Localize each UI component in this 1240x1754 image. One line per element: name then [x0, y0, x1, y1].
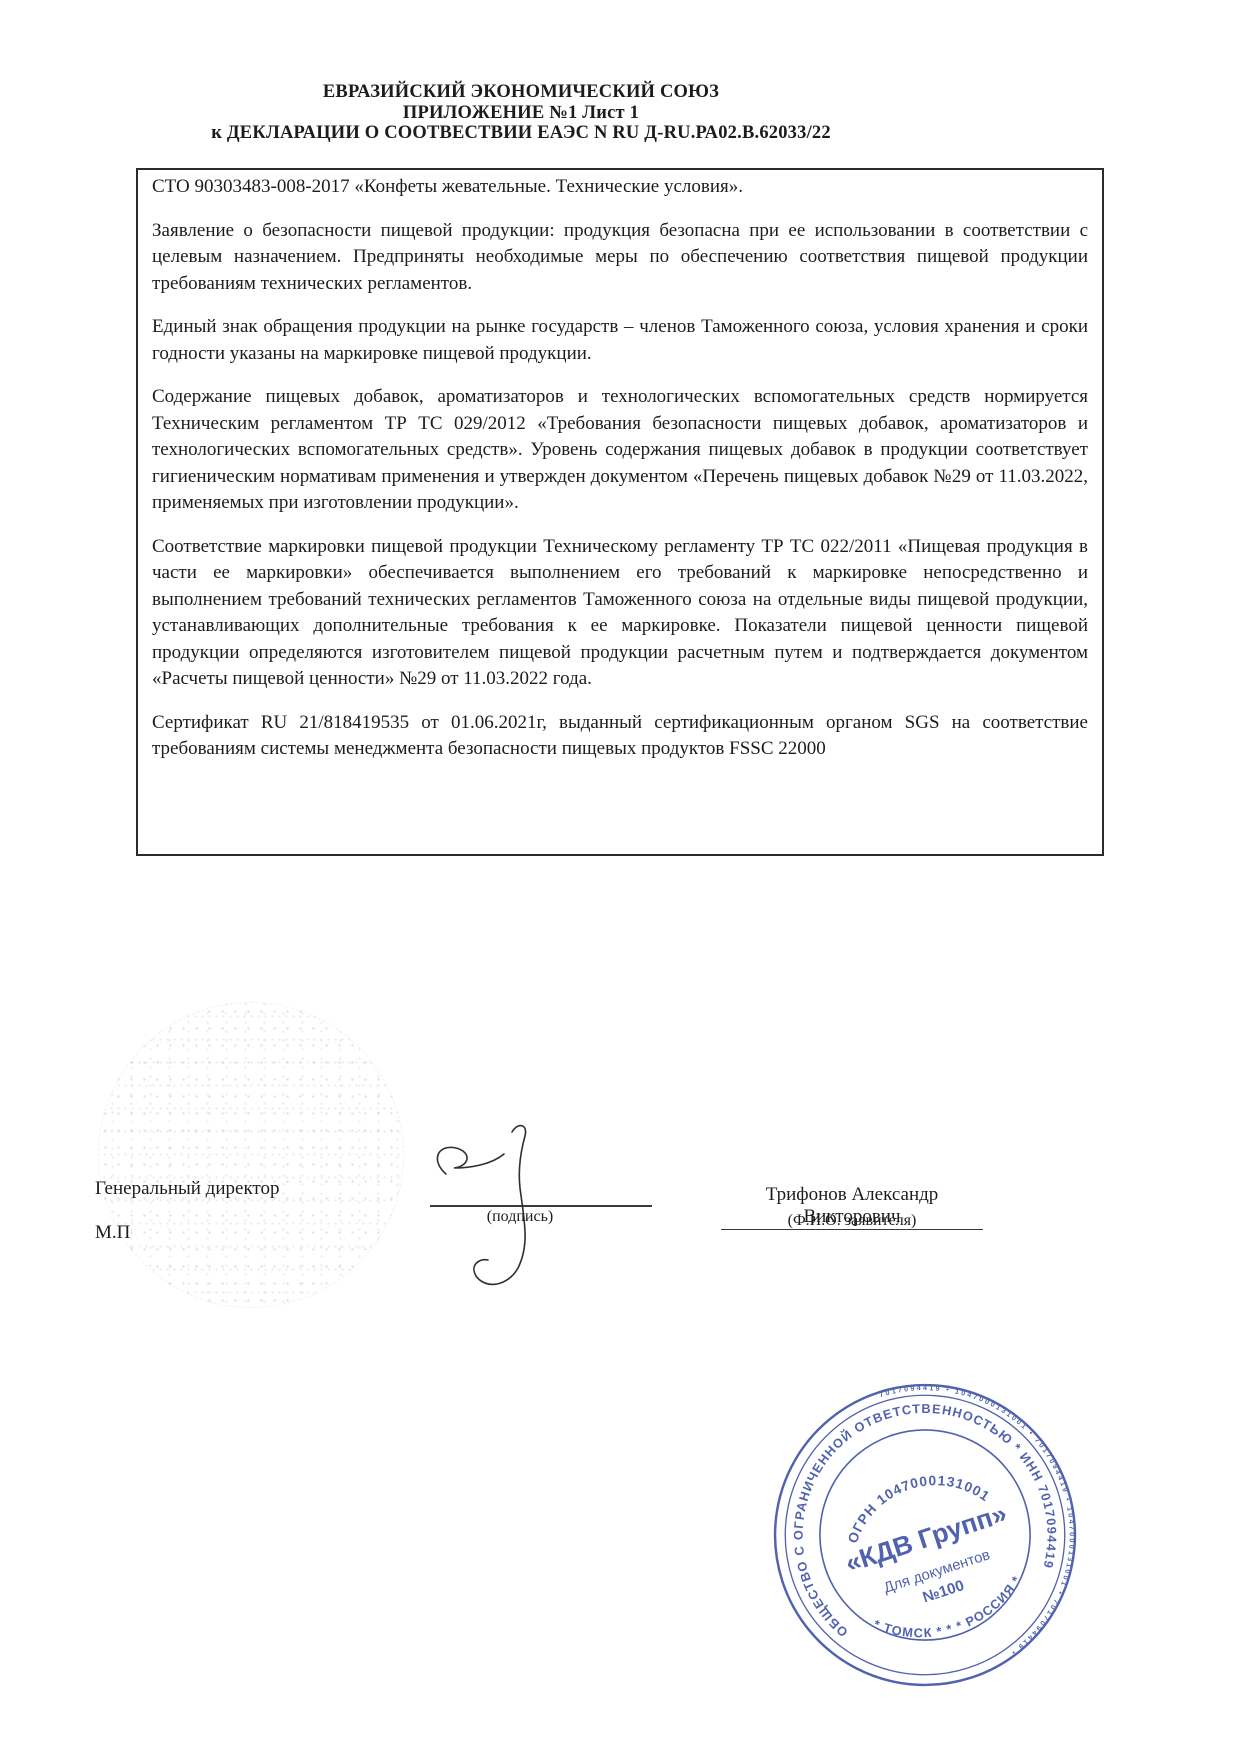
paragraph-certificate: Сертификат RU 21/818419535 от 01.06.2021…	[152, 710, 1088, 763]
header-declaration-number: к ДЕКЛАРАЦИИ О СООТВЕСТВИИ ЕАЭС N RU Д-R…	[0, 123, 1042, 144]
paragraph-additives: Содержание пищевых добавок, ароматизатор…	[152, 384, 1088, 517]
signature-caption: (подпись)	[455, 1208, 585, 1226]
declarant-caption: (Ф.И.О. заявителя)	[721, 1212, 983, 1230]
declaration-content-box: СТО 90303483-008-2017 «Конфеты жевательн…	[136, 168, 1104, 856]
seal-place-abbr: М.П	[95, 1222, 130, 1244]
paragraph-circulation-mark: Единый знак обращения продукции на рынке…	[152, 314, 1088, 367]
paragraph-standard: СТО 90303483-008-2017 «Конфеты жевательн…	[152, 174, 1088, 201]
header-union-title: ЕВРАЗИЙСКИЙ ЭКОНОМИЧЕСКИЙ СОЮЗ	[0, 82, 1042, 103]
company-round-stamp: 7017094419 • 1047000131001 • 7017094419 …	[732, 1342, 1118, 1728]
header-annex-title: ПРИЛОЖЕНИЕ №1 Лист 1	[0, 103, 1042, 124]
declaration-annex-page: { "document": { "header": { "line1": "ЕВ…	[0, 0, 1240, 1754]
faint-stamp-imprint	[98, 1002, 404, 1308]
position-title: Генеральный директор	[95, 1178, 279, 1200]
paragraph-labeling: Соответствие маркировки пищевой продукци…	[152, 534, 1088, 693]
document-header: ЕВРАЗИЙСКИЙ ЭКОНОМИЧЕСКИЙ СОЮЗ ПРИЛОЖЕНИ…	[0, 82, 1042, 144]
paragraph-safety-statement: Заявление о безопасности пищевой продукц…	[152, 218, 1088, 298]
